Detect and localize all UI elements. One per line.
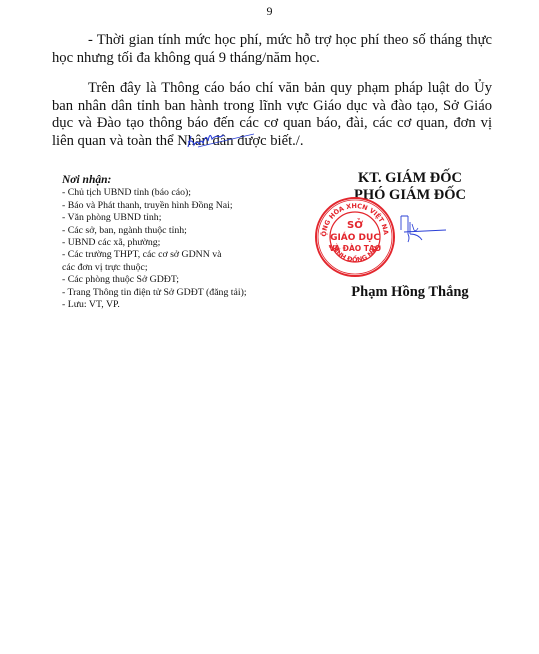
star-icon: ★: [377, 244, 382, 250]
body-paragraph-conclusion: Trên đây là Thông cáo báo chí văn bản qu…: [52, 80, 492, 150]
recipient-item: - Báo và Phát thanh, truyền hình Đồng Na…: [62, 200, 302, 212]
stamp-center-line3: VÀ ĐÀO TẠO: [329, 244, 381, 253]
page-number: 9: [0, 4, 539, 19]
recipient-item: - Văn phòng UBND tỉnh;: [62, 212, 302, 224]
star-icon: ★: [328, 244, 333, 250]
body-paragraph-time-limit: - Thời gian tính mức học phí, mức hỗ trợ…: [52, 32, 492, 67]
recipient-item: các đơn vị trực thuộc;: [62, 262, 302, 274]
recipient-item: - Lưu: VT, VP.: [62, 299, 302, 311]
handwritten-signature: [398, 212, 448, 252]
recipient-item: - Các phòng thuộc Sở GDĐT;: [62, 274, 302, 286]
signer-title-line1: KT. GIÁM ĐỐC: [310, 170, 510, 187]
recipient-item: - Trang Thông tin điện tử Sở GDĐT (đăng …: [62, 287, 302, 299]
recipient-item: - Các sở, ban, ngành thuộc tỉnh;: [62, 225, 302, 237]
recipients-title: Nơi nhận:: [62, 174, 302, 186]
recipients-block: Nơi nhận: - Chủ tịch UBND tỉnh (báo cáo)…: [62, 174, 302, 311]
recipient-item: - UBND các xã, phường;: [62, 237, 302, 249]
signer-name: Phạm Hồng Thắng: [310, 284, 510, 301]
official-stamp: CỘNG HÒA XHCN VIỆT NAM TỈNH ĐỒNG NAI SỞ …: [314, 196, 396, 278]
initial-signature: [184, 127, 256, 153]
stamp-center-line1: SỞ: [347, 217, 363, 231]
recipient-item: - Chủ tịch UBND tỉnh (báo cáo);: [62, 187, 302, 199]
stamp-center-line2: GIÁO DỤC: [330, 231, 380, 243]
recipient-item: - Các trường THPT, các cơ sở GDNN và: [62, 249, 302, 261]
